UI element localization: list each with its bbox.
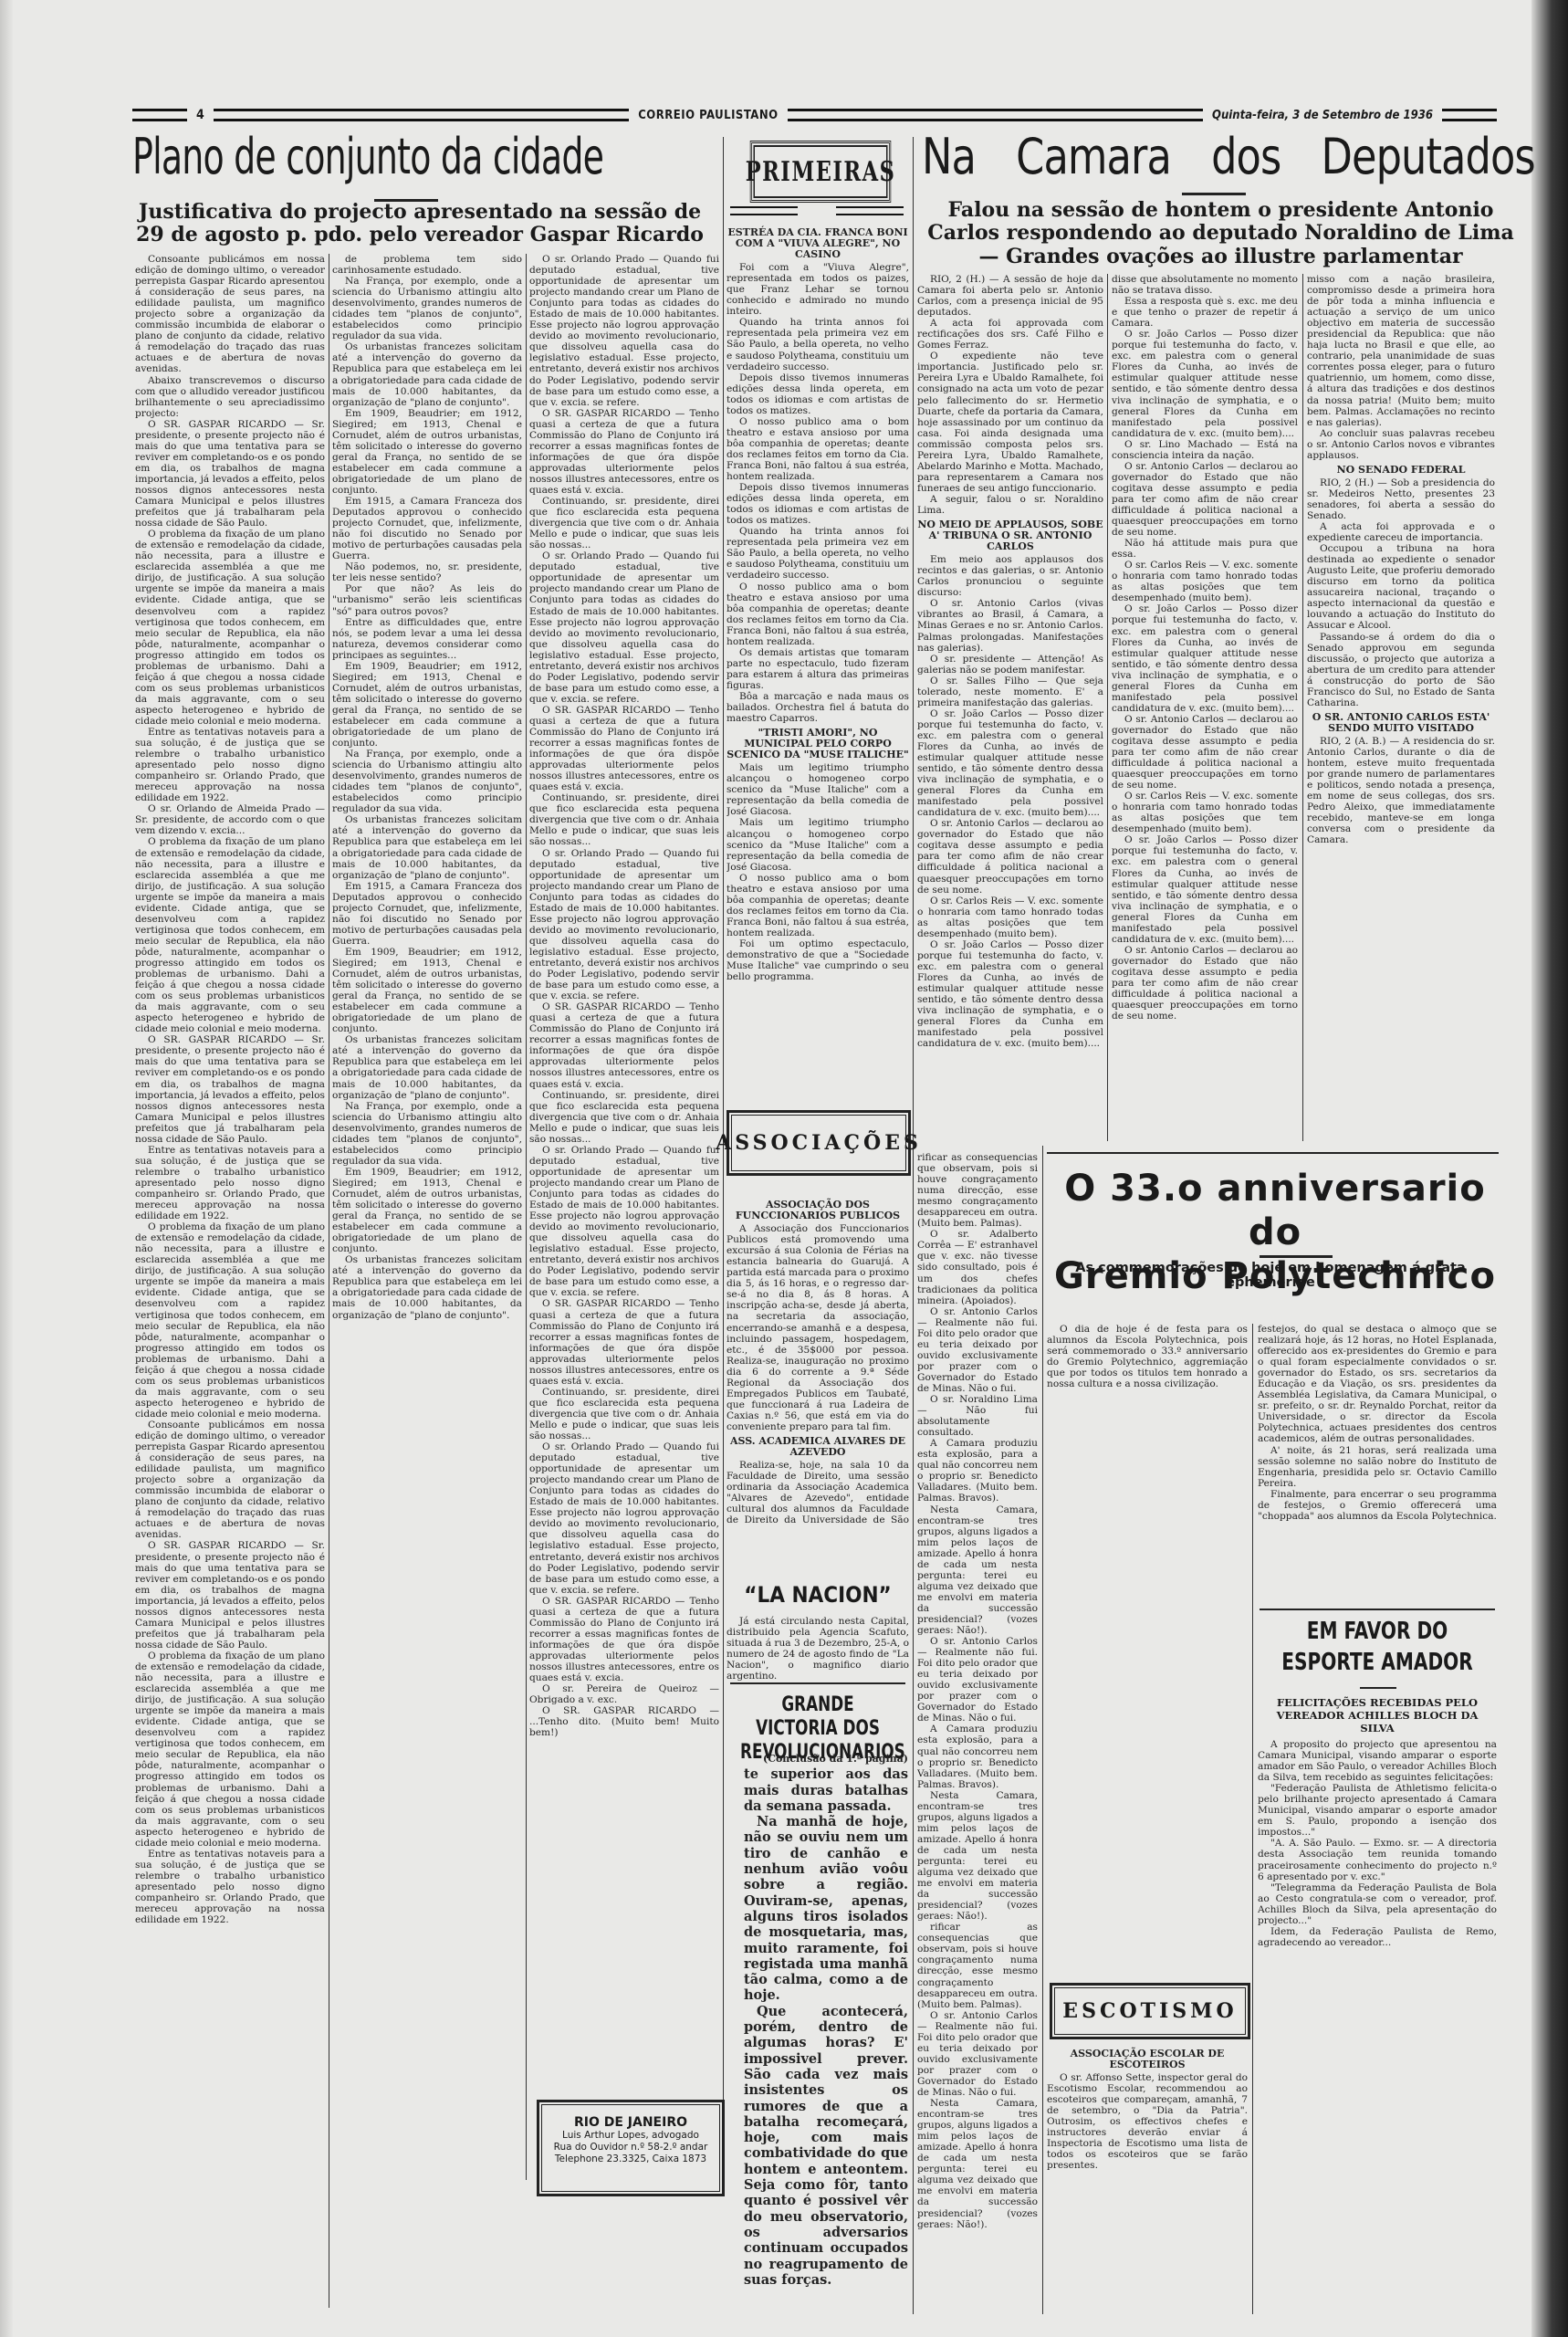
section-head: NO MEIO DE APPLAUSOS, SOBE A' TRIBUNA O … xyxy=(917,519,1103,552)
column-rule xyxy=(1252,1324,1253,2314)
paragraph: Nesta Camara, encontram-se tres grupos, … xyxy=(917,1504,1038,1637)
esporte-column: A proposito do projecto que apresentou n… xyxy=(1258,1739,1497,2323)
paragraph: O problema da fixação de um plano de ext… xyxy=(135,836,325,1034)
paragraph: Entre as difficuldades que, entre nós, s… xyxy=(332,617,522,661)
paragraph: Na manhã de hoje, não se ouviu nem um ti… xyxy=(744,1814,908,2004)
paragraph: Ao concluir suas palavras recebeu o sr. … xyxy=(1307,428,1495,461)
paragraph: O expediente não teve importancia. Justi… xyxy=(917,351,1103,494)
newspaper-page: 4 CORREIO PAULISTANO Quinta-feira, 3 de … xyxy=(0,0,1568,2337)
paragraph: Em 1909, Beaudrier; em 1912, Siegired; e… xyxy=(332,947,522,1034)
paragraph: O SR. GASPAR RICARDO — Sr. presidente, o… xyxy=(135,1034,325,1144)
paragraph: O sr. Antonio Carlos — declarou ao gover… xyxy=(1112,461,1298,538)
paragraph: Foi com a "Viuva Alegre", representada e… xyxy=(727,262,909,317)
paragraph: Entre as tentativas notaveis para a sua … xyxy=(135,1849,325,1925)
paragraph: O sr. Antonio Carlos — declarou ao gover… xyxy=(1112,945,1298,1022)
paragraph: Continuando, sr. presidente, direi que f… xyxy=(529,496,719,550)
paragraph: O problema da fixação de um plano de ext… xyxy=(135,529,325,727)
paragraph: O problema da fixação de um plano de ext… xyxy=(135,1221,325,1420)
paragraph: O SR. GASPAR RICARDO — Tenho quasi a cer… xyxy=(529,1596,719,1683)
paragraph: Já está circulando nesta Capital, distri… xyxy=(727,1616,909,1682)
paragraph: O SR. GASPAR RICARDO — Tenho quasi a cer… xyxy=(529,705,719,792)
paragraph: Passando-se á ordem do dia o Senado appr… xyxy=(1307,632,1495,708)
gremio-title-line: O 33.o anniversario do xyxy=(1047,1167,1503,1254)
paragraph: Na França, por exemplo, onde a sciencia … xyxy=(332,1101,522,1167)
headline-word: Deputados xyxy=(1321,128,1534,185)
masthead-rule xyxy=(132,109,187,121)
paragraph: "A. A. São Paulo. — Exmo. sr. — A direct… xyxy=(1258,1838,1497,1881)
section-box-escotismo: ESCOTISMO xyxy=(1050,1983,1250,2039)
section-rule xyxy=(730,1682,905,1684)
page-edge-left xyxy=(0,0,13,2337)
paragraph: O sr. presidente — Attenção! As galerias… xyxy=(917,654,1103,676)
paragraph: Em meio aos applausos dos recintos e das… xyxy=(917,554,1103,598)
paragraph: A seguir, falou o sr. Noraldino Lima. xyxy=(917,494,1103,516)
section-head: ASSOCIAÇÃO DOS FUNCCIONARIOS PUBLICOS xyxy=(727,1200,909,1221)
paragraph: Em 1915, a Camara Franceza dos Deputados… xyxy=(332,496,522,561)
paragraph: Foi um optimo espectaculo, demonstrativo… xyxy=(727,938,909,982)
paragraph: O sr. Adalberto Corrêa — E' estranhavel … xyxy=(917,1229,1038,1305)
primeiras-underline xyxy=(730,206,904,215)
continuation-note: (Conclusão da 1.ª pagina) xyxy=(744,1751,908,1766)
headline-plano-de-conjunto: Plano de conjunto da cidade xyxy=(132,128,603,186)
paragraph: O SR. GASPAR RICARDO — ...Tenho dito. (M… xyxy=(529,1705,719,1738)
paragraph: O sr. Salles Filho — Que seja tolerado, … xyxy=(917,676,1103,708)
camara-continuation-column: rificar as consequencias que observam, p… xyxy=(917,1152,1038,2311)
paragraph: Mais um legitimo triumpho alcançou o hom… xyxy=(727,762,909,817)
page-number: 4 xyxy=(196,108,204,122)
column-rule xyxy=(913,137,914,2314)
paragraph: Entre as tentativas notaveis para a sua … xyxy=(135,727,325,803)
plano-column-3: O sr. Orlando Prado — Quando fui deputad… xyxy=(529,254,719,2162)
paragraph: Essa a resposta què s. exc. me deu e que… xyxy=(1112,296,1298,329)
paragraph: Não podemos, no, sr. presidente, ter lei… xyxy=(332,561,522,583)
paragraph: Continuando, sr. presidente, direi que f… xyxy=(529,792,719,847)
headline-rule xyxy=(1182,193,1246,195)
paragraph: O SR. GASPAR RICARDO — Tenho quasi a cer… xyxy=(529,408,719,496)
paragraph: O sr. João Carlos — Posso dizer porque f… xyxy=(1112,603,1298,713)
headline-word: Na xyxy=(922,128,976,185)
paragraph: O sr. Lino Machado — Está na consciencia… xyxy=(1112,439,1298,461)
paragraph: A' noite, ás 21 horas, será realizada um… xyxy=(1258,1445,1497,1489)
paragraph: O SR. GASPAR RICARDO — Sr. presidente, o… xyxy=(135,419,325,529)
gremio-column-2: festejos, do qual se destaca o almoço qu… xyxy=(1258,1324,1497,1579)
gremio-subtitle: As commemorações de hoje em homenagem á … xyxy=(1047,1261,1494,1290)
paragraph: Os demais artistas que tomaram parte no … xyxy=(727,647,909,691)
section-head-senado: NO SENADO FEDERAL xyxy=(1307,465,1495,476)
column-rule xyxy=(1042,1146,1043,2314)
column-rule xyxy=(526,254,527,2180)
grande-victoria-body: (Conclusão da 1.ª pagina) te superior ao… xyxy=(744,1751,908,2288)
paragraph: A acta foi approvada e o expediente care… xyxy=(1307,521,1495,543)
plano-column-1: Consoante publicámos em nossa edição de … xyxy=(135,254,325,2308)
paragraph: O sr. Antonio Carlos — Realmente não fui… xyxy=(917,1636,1038,1724)
paragraph: Consoante publicámos em nossa edição de … xyxy=(135,254,325,375)
paragraph: Nesta Camara, encontram-se tres grupos, … xyxy=(917,1790,1038,1923)
paragraph: A Associação dos Funccionarios Publicos … xyxy=(727,1223,909,1432)
paragraph: O sr. Orlando Prado — Quando fui deputad… xyxy=(529,550,719,705)
paragraph: "Telegramma da Federação Paulista de Bol… xyxy=(1258,1882,1497,1926)
masthead-rule xyxy=(788,109,1203,121)
plano-column-2: de problema tem sido carinhosamente estu… xyxy=(332,254,522,2308)
paragraph: O sr. Orlando Prado — Quando fui deputad… xyxy=(529,1145,719,1299)
section-rule xyxy=(1260,1609,1495,1610)
camara-subhead: Falou na sessão de hontem o presidente A… xyxy=(917,199,1524,268)
camara-column-1: RIO, 2 (H.) — A sessão de hoje da Camara… xyxy=(917,274,1103,1141)
ad-title: RIO DE JANEIRO xyxy=(539,2115,722,2130)
masthead-rule xyxy=(214,109,629,121)
paragraph: O sr. João Carlos — Posso dizer porque f… xyxy=(917,708,1103,818)
section-head-visitado: O SR. ANTONIO CARLOS ESTA' SENDO MUITO V… xyxy=(1307,712,1495,734)
paragraph: A acta foi approvada com rectificações d… xyxy=(917,318,1103,351)
section-box-associacoes: ASSOCIAÇÕES xyxy=(727,1110,911,1176)
paragraph: Nesta Camara, encontram-se tres grupos, … xyxy=(917,2098,1038,2230)
masthead-rule xyxy=(1442,109,1497,121)
paragraph: O nosso publico ama o bom theatro e esta… xyxy=(727,873,909,938)
paragraph: RIO, 2 (H.) — A sessão de hoje da Camara… xyxy=(917,274,1103,318)
section-head: ESTRÉA DA CIA. FRANCA BONI COM A "VIUVA … xyxy=(727,227,909,260)
paragraph: Depois disso tivemos innumeras edições d… xyxy=(727,482,909,526)
primeiras-column: ESTRÉA DA CIA. FRANCA BONI COM A "VIUVA … xyxy=(727,224,909,1082)
paragraph: A Camara produziu esta explosão, para a … xyxy=(917,1438,1038,1504)
paragraph: Occupou a tribuna na hora destinada ao e… xyxy=(1307,543,1495,631)
paragraph: O nosso publico ama o bom theatro e esta… xyxy=(727,582,909,647)
section-head: ASSOCIAÇÃO ESCOLAR DE ESCOTEIROS xyxy=(1047,2049,1248,2070)
associacoes-column: ASSOCIAÇÃO DOS FUNCCIONARIOS PUBLICOS A … xyxy=(727,1196,909,1525)
newspaper-name: CORREIO PAULISTANO xyxy=(638,109,778,122)
plano-subhead: Justificativa do projecto apresentado na… xyxy=(128,201,712,247)
column-rule xyxy=(723,137,724,2182)
paragraph: de problema tem sido carinhosamente estu… xyxy=(332,254,522,276)
section-head: "TRISTI AMORI", NO MUNICIPAL PELO CORPO … xyxy=(727,728,909,760)
paragraph: O sr. Antonio Carlos — declarou ao gover… xyxy=(917,818,1103,895)
paragraph: rificar as consequencias que observam, p… xyxy=(917,1152,1038,1229)
section-head: ASS. ACADEMICA ALVARES DE AZEVEDO xyxy=(727,1436,909,1458)
paragraph: Consoante publicámos em nossa edição de … xyxy=(135,1420,325,1541)
paragraph: O problema da fixação de um plano de ext… xyxy=(135,1651,325,1849)
paragraph: O sr. Orlando Prado — Quando fui deputad… xyxy=(529,848,719,1002)
column-rule xyxy=(1107,274,1108,1141)
paragraph: O SR. GASPAR RICARDO — Tenho quasi a cer… xyxy=(529,1298,719,1386)
paragraph: O nosso publico ama o bom theatro e esta… xyxy=(727,416,909,482)
paragraph: O sr. Carlos Reis — V. exc. somente o ho… xyxy=(917,896,1103,939)
paragraph: O dia de hoje é de festa para os alumnos… xyxy=(1047,1324,1248,1389)
ad-line: Luis Arthur Lopes, advogado xyxy=(539,2130,722,2142)
ad-line: Rua do Ouvidor n.º 58-2.º andar xyxy=(539,2142,722,2154)
paragraph: Os urbanistas francezes solicitam até a … xyxy=(332,341,522,407)
page-edge-right xyxy=(1531,0,1568,2337)
headline-rule xyxy=(1260,1255,1333,1258)
la-nacion-body: Já está circulando nesta Capital, distri… xyxy=(727,1616,909,1689)
masthead: 4 CORREIO PAULISTANO Quinta-feira, 3 de … xyxy=(132,105,1497,125)
paragraph: Finalmente, para encerrar o seu programm… xyxy=(1258,1489,1497,1522)
column-rule xyxy=(1302,274,1303,1141)
paragraph: O SR. GASPAR RICARDO — Tenho quasi a cer… xyxy=(529,1001,719,1089)
paragraph: Quando ha trinta annos foi representada … xyxy=(727,526,909,581)
paragraph: Quando ha trinta annos foi representada … xyxy=(727,317,909,372)
esporte-amador-headline: EM FAVOR DO ESPORTE AMADOR xyxy=(1274,1616,1479,1678)
paragraph: O sr. Orlando Prado — Quando fui deputad… xyxy=(529,1441,719,1596)
paragraph: Realiza-se, hoje, na sala 10 da Faculdad… xyxy=(727,1460,909,1525)
rio-de-janeiro-ad: RIO DE JANEIRO Luis Arthur Lopes, advoga… xyxy=(537,2100,725,2196)
paragraph: Na França, por exemplo, onde a sciencia … xyxy=(332,749,522,814)
la-nacion-head: “LA NACION” xyxy=(727,1582,909,1608)
paragraph: Os urbanistas francezes solicitam até a … xyxy=(332,1254,522,1320)
paragraph: Não há attitude mais pura que essa. xyxy=(1112,538,1298,560)
paragraph: Mais um legitimo triumpho alcançou o hom… xyxy=(727,817,909,872)
paragraph: O sr. Carlos Reis — V. exc. somente o ho… xyxy=(1112,560,1298,603)
paragraph: te superior aos das mais duras batalhas … xyxy=(744,1766,908,1814)
paragraph: "Federação Paulista de Athletismo felici… xyxy=(1258,1783,1497,1838)
headline-word: Camara xyxy=(1016,128,1171,185)
section-rule xyxy=(1047,1152,1499,1154)
paragraph: A Camara produziu esta explosão, para a … xyxy=(917,1724,1038,1789)
paragraph: O sr. Orlando de Almeida Prado — Sr. pre… xyxy=(135,803,325,836)
paragraph: Os urbanistas francezes solicitam até a … xyxy=(332,814,522,880)
paragraph: Em 1909, Beaudrier; em 1912, Siegired; e… xyxy=(332,1167,522,1254)
paragraph: O sr. Orlando Prado — Quando fui deputad… xyxy=(529,254,719,408)
paragraph: O SR. GASPAR RICARDO — Sr. presidente, o… xyxy=(135,1540,325,1650)
paragraph: O sr. Antonio Carlos — Realmente não fui… xyxy=(917,2010,1038,2098)
paragraph: festejos, do qual se destaca o almoço qu… xyxy=(1258,1324,1497,1445)
paragraph: O sr. Pereira de Queiroz — Obrigado a v.… xyxy=(529,1683,719,1705)
paragraph: A proposito do projecto que apresentou n… xyxy=(1258,1739,1497,1783)
paragraph: Por que não? As leis do "urbanismo" serã… xyxy=(332,583,522,616)
camara-column-2: disse que absolutamente no momento não s… xyxy=(1112,274,1298,1141)
paragraph: Na França, por exemplo, onde a sciencia … xyxy=(332,276,522,341)
headline-rule xyxy=(1360,1687,1396,1689)
paragraph: Em 1915, a Camara Franceza dos Deputados… xyxy=(332,881,522,947)
paragraph: O sr. Affonso Sette, inspector geral do … xyxy=(1047,2072,1248,2171)
paragraph: Entre as tentativas notaveis para a sua … xyxy=(135,1145,325,1221)
paragraph: rificar as consequencias que observam, p… xyxy=(917,1922,1038,2009)
paragraph: disse que absolutamente no momento não s… xyxy=(1112,274,1298,296)
paragraph: misso com a nação brasileira, compromiss… xyxy=(1307,274,1495,428)
paragraph: RIO, 2 (H.) — Sob a presidencia do sr. M… xyxy=(1307,477,1495,521)
paragraph: Que acontecerá, porém, dentro de algumas… xyxy=(744,2004,908,2288)
paragraph: Abaixo transcrevemos o discurso com que … xyxy=(135,375,325,419)
issue-date: Quinta-feira, 3 de Setembro de 1936 xyxy=(1212,109,1433,122)
paragraph: Em 1909, Beaudrier; em 1912, Siegired; e… xyxy=(332,408,522,496)
escotismo-column: ASSOCIAÇÃO ESCOLAR DE ESCOTEIROS O sr. A… xyxy=(1047,2045,1248,2300)
section-box-primeiras: PRIMEIRAS xyxy=(750,141,892,203)
paragraph: O sr. Antonio Carlos — Realmente não fui… xyxy=(917,1306,1038,1394)
paragraph: Bôa a marcação e nada maus os bailados. … xyxy=(727,691,909,724)
paragraph: O sr. Noraldino Lima — Não fui absolutam… xyxy=(917,1394,1038,1438)
paragraph: Continuando, sr. presidente, direi que f… xyxy=(529,1090,719,1145)
paragraph: O sr. Antonio Carlos — declarou ao gover… xyxy=(1112,714,1298,791)
esporte-subhead: FELICITAÇÕES RECEBIDAS PELO VEREADOR ACH… xyxy=(1258,1696,1497,1734)
paragraph: O sr. João Carlos — Posso dizer porque f… xyxy=(1112,834,1298,944)
column-rule xyxy=(329,254,329,2308)
paragraph: Depois disso tivemos innumeras edições d… xyxy=(727,372,909,416)
headline-word: dos xyxy=(1211,128,1281,185)
headline-camara-dos-deputados: NaCamaradosDeputados xyxy=(922,128,1568,186)
paragraph: RIO, 2 (A. B.) — A residencia do sr. Ant… xyxy=(1307,736,1495,845)
paragraph: Em 1909, Beaudrier; em 1912, Siegired; e… xyxy=(332,661,522,749)
paragraph: Idem, da Federação Paulista de Remo, agr… xyxy=(1258,1926,1497,1948)
paragraph: Os urbanistas francezes solicitam até a … xyxy=(332,1034,522,1100)
paragraph: Continuando, sr. presidente, direi que f… xyxy=(529,1387,719,1441)
paragraph: O sr. João Carlos — Posso dizer porque f… xyxy=(1112,329,1298,438)
paragraph: O sr. João Carlos — Posso dizer porque f… xyxy=(917,939,1103,1049)
ad-line: Telephone 23.3325, Caixa 1873 xyxy=(539,2154,722,2165)
paragraph: O sr. Antonio Carlos (vivas vibrantes ao… xyxy=(917,598,1103,653)
paragraph: O sr. Carlos Reis — V. exc. somente o ho… xyxy=(1112,791,1298,834)
